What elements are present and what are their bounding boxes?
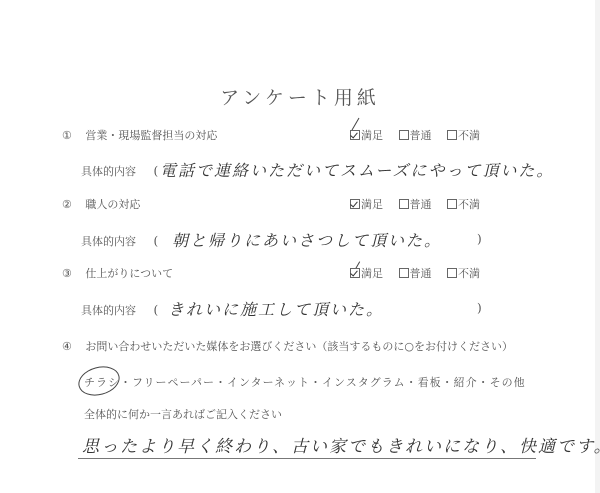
checkbox-checked-icon[interactable] [350, 268, 360, 278]
handwritten-answer-1: 電話で連絡いただいてスムーズにやって頂いた。 [160, 158, 554, 181]
rating-option-normal[interactable]: 普通 [399, 267, 432, 280]
question-label: お問い合わせいただいた媒体をお選びください（該当するものに○をお付けください） [85, 340, 513, 353]
handwritten-answer-3: きれいに施工して頂いた。 [168, 297, 384, 320]
rating-group-3: 満足 普通 不満 [350, 265, 492, 281]
rating-option-satisfied[interactable]: 満足 [350, 267, 383, 280]
media-option-instagram[interactable]: インスタグラム [322, 376, 406, 389]
question-number: ④ [62, 340, 72, 353]
checkbox-icon[interactable] [447, 130, 457, 140]
question-label: 仕上がりについて [85, 267, 173, 280]
media-option-free-paper[interactable]: フリーペーパー [132, 376, 215, 389]
close-paren: ) [477, 301, 482, 315]
detail-row-3: 具体的内容 ( [81, 302, 158, 318]
rating-option-satisfied[interactable]: 満足 [350, 198, 383, 211]
question-label: 営業・現場監督担当の対応 [85, 129, 217, 142]
close-paren: ) [477, 232, 482, 246]
page-title: アンケート用紙 [0, 83, 600, 110]
media-option-internet[interactable]: インターネット [227, 376, 310, 389]
checkbox-checked-icon[interactable] [350, 199, 360, 209]
rating-group-2: 満足 普通 不満 [350, 196, 492, 212]
question-number: ① [62, 129, 72, 142]
rating-option-unsatisfied[interactable]: 不満 [447, 267, 480, 280]
comment-label: 全体的に何か一言あればご記入ください [84, 406, 282, 422]
question-4: ④ お問い合わせいただいた媒体をお選びください（該当するものに○をお付けください… [62, 338, 513, 354]
comment-underline [78, 458, 536, 459]
media-option-other[interactable]: その他 [490, 376, 526, 389]
rating-option-normal[interactable]: 普通 [399, 198, 432, 211]
check-stroke-icon [352, 118, 360, 131]
question-2: ② 職人の対応 [62, 196, 140, 212]
rating-option-unsatisfied[interactable]: 不満 [447, 129, 480, 142]
question-number: ② [62, 198, 72, 211]
media-option-signboard[interactable]: 看板 [418, 376, 442, 389]
media-option-referral[interactable]: 紹介 [454, 376, 478, 389]
checkbox-icon[interactable] [399, 130, 409, 140]
detail-row-2: 具体的内容 ( [81, 233, 158, 249]
handwritten-answer-2: 朝と帰りにあいさつして頂いた。 [172, 228, 442, 251]
detail-row-1: 具体的内容 ( [81, 163, 158, 179]
checkbox-icon[interactable] [447, 268, 457, 278]
checkbox-icon[interactable] [447, 199, 457, 209]
media-options: チラシ・フリーペーパー・インターネット・インスタグラム・看板・紹介・その他 [84, 374, 526, 390]
question-number: ③ [62, 267, 72, 280]
question-label: 職人の対応 [85, 198, 140, 211]
question-1: ① 営業・現場監督担当の対応 [62, 127, 217, 143]
checkbox-icon[interactable] [399, 268, 409, 278]
rating-option-normal[interactable]: 普通 [399, 129, 432, 142]
media-option-flyer[interactable]: チラシ [84, 376, 120, 389]
scan-edge [595, 0, 600, 493]
rating-option-unsatisfied[interactable]: 不満 [447, 198, 480, 211]
rating-option-satisfied[interactable]: 満足 [350, 129, 383, 142]
rating-group-1: 満足 普通 不満 [350, 127, 492, 143]
checkbox-icon[interactable] [399, 199, 409, 209]
question-3: ③ 仕上がりについて [62, 265, 173, 281]
handwritten-comment: 思ったより早く終わり、古い家でもきれいになり、快適です。 [82, 432, 600, 457]
checkbox-checked-icon[interactable] [350, 130, 360, 140]
